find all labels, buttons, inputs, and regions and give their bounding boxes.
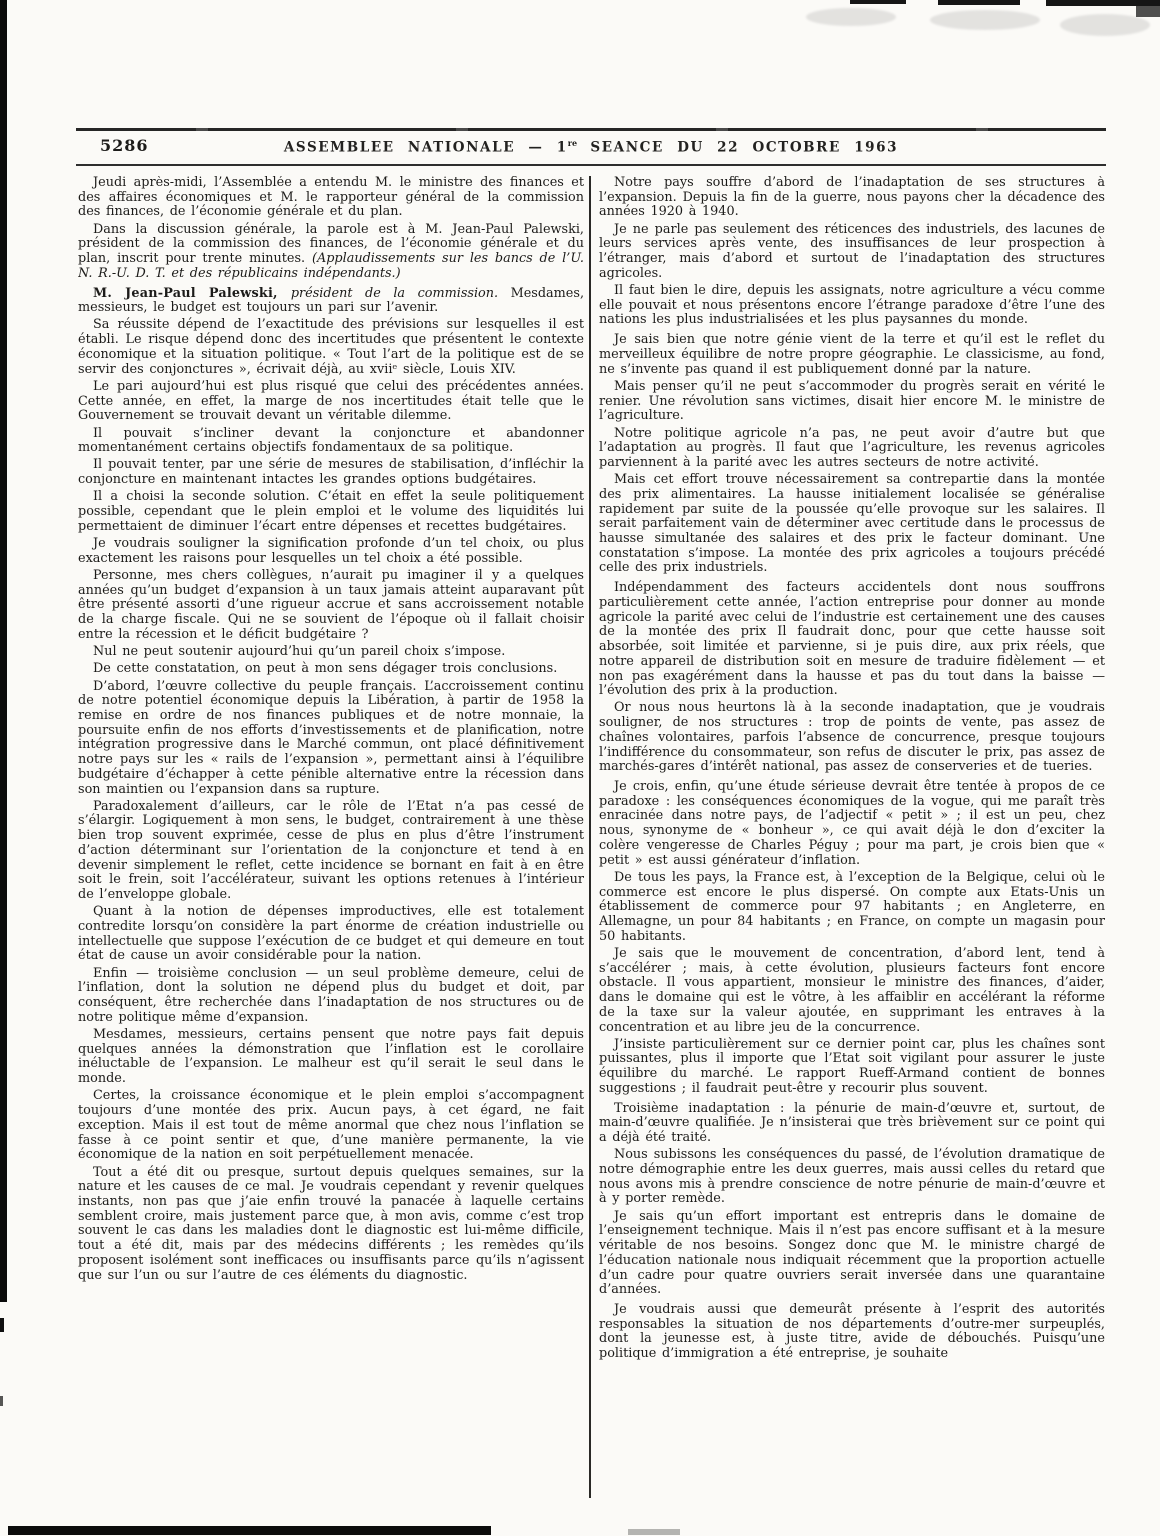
paragraph-text: Je crois, enfin, qu’une étude sérieuse d… bbox=[599, 779, 1105, 868]
paragraph: Il pouvait tenter, par une série de mesu… bbox=[78, 458, 584, 487]
paragraph: Le pari aujourd’hui est plus risqué que … bbox=[78, 380, 584, 424]
paragraph: Il faut bien le dire, depuis les assigna… bbox=[599, 284, 1105, 328]
paragraph-text: Nul ne peut soutenir aujourd’hui qu’un p… bbox=[93, 644, 505, 659]
paragraph: Je voudrais aussi que demeurât présente … bbox=[599, 1303, 1105, 1362]
paragraph: Indépendamment des facteurs accidentels … bbox=[599, 581, 1105, 699]
paragraph: Dans la discussion générale, la parole e… bbox=[78, 223, 584, 282]
header-top-rule bbox=[76, 128, 1106, 131]
paragraph: Je crois, enfin, qu’une étude sérieuse d… bbox=[599, 780, 1105, 868]
scan-artifact-left-edge-bar bbox=[0, 0, 7, 1302]
paragraph-text: Il a choisi la seconde solution. C’était… bbox=[78, 489, 584, 533]
scan-artifact-smudge bbox=[1060, 14, 1150, 36]
column-right: Notre pays souffre d’abord de l’inadapta… bbox=[599, 176, 1105, 1496]
paragraph: De cette constatation, on peut à mon sen… bbox=[78, 662, 584, 677]
paragraph-text: Sa réussite dépend de l’exactitude des p… bbox=[78, 317, 584, 376]
page-header: 5286 ASSEMBLEE NATIONALE — 1re SEANCE DU… bbox=[76, 133, 1106, 161]
paragraph-text: Certes, la croissance économique et le p… bbox=[78, 1088, 584, 1162]
paragraph: Je sais qu’un effort important est entre… bbox=[599, 1210, 1105, 1298]
paragraph: Quant à la notion de dépenses improducti… bbox=[78, 905, 584, 964]
paragraph-text: Personne, mes chers collègues, n’aurait … bbox=[78, 568, 584, 642]
paragraph: J’insiste particulièrement sur ce dernie… bbox=[599, 1038, 1105, 1097]
column-divider-rule bbox=[589, 176, 591, 1498]
paragraph: Mais cet effort trouve nécessairement sa… bbox=[599, 473, 1105, 576]
paragraph-text: Mais cet effort trouve nécessairement sa… bbox=[599, 472, 1105, 575]
paragraph: M. Jean-Paul Palewski, président de la c… bbox=[78, 287, 584, 316]
paragraph: Nul ne peut soutenir aujourd’hui qu’un p… bbox=[78, 645, 584, 660]
paragraph: Je sais que le mouvement de concentratio… bbox=[599, 947, 1105, 1035]
paragraph-text: Paradoxalement d’ailleurs, car le rôle d… bbox=[78, 799, 584, 902]
paragraph-text: Quant à la notion de dépenses improducti… bbox=[78, 904, 584, 963]
paragraph-text: De cette constatation, on peut à mon sen… bbox=[93, 661, 557, 676]
paragraph: Je voudrais souligner la signification p… bbox=[78, 537, 584, 566]
page-title: ASSEMBLEE NATIONALE — 1re SEANCE DU 22 O… bbox=[76, 138, 1106, 156]
paragraph: Mais penser qu’il ne peut s’accommoder d… bbox=[599, 380, 1105, 424]
paragraph-text: Jeudi après-midi, l’Assemblée a entendu … bbox=[78, 176, 584, 219]
scan-artifact-left-mark bbox=[0, 1396, 3, 1406]
paragraph-text: J’insiste particulièrement sur ce dernie… bbox=[599, 1037, 1105, 1096]
paragraph-text: Tout a été dit ou presque, surtout depui… bbox=[78, 1165, 584, 1283]
page-body: Jeudi après-midi, l’Assemblée a entendu … bbox=[78, 176, 1106, 1506]
journal-page: { "page": { "number": "5286", "header_ti… bbox=[0, 0, 1160, 1536]
paragraph: Or nous nous heurtons là à la seconde in… bbox=[599, 701, 1105, 775]
paragraph: Sa réussite dépend de l’exactitude des p… bbox=[78, 318, 584, 377]
paragraph-text: Notre pays souffre d’abord de l’inadapta… bbox=[599, 176, 1105, 219]
paragraph-text: Il faut bien le dire, depuis les assigna… bbox=[599, 283, 1105, 327]
scan-artifact-smudge bbox=[806, 8, 896, 26]
paragraph: Troisième inadaptation : la pénurie de m… bbox=[599, 1102, 1105, 1146]
scan-artifact-smudge bbox=[930, 10, 1040, 30]
paragraph: Paradoxalement d’ailleurs, car le rôle d… bbox=[78, 800, 584, 903]
paragraph-text: Notre politique agricole n’a pas, ne peu… bbox=[599, 426, 1105, 470]
header-bottom-rule bbox=[76, 164, 1106, 166]
paragraph-text: Nous subissons les conséquences du passé… bbox=[599, 1147, 1105, 1206]
scan-artifact-bottom-blob bbox=[628, 1529, 680, 1535]
paragraph: Nous subissons les conséquences du passé… bbox=[599, 1148, 1105, 1207]
paragraph: Certes, la croissance économique et le p… bbox=[78, 1089, 584, 1163]
paragraph-text: Indépendamment des facteurs accidentels … bbox=[599, 580, 1105, 698]
paragraph-text: Le pari aujourd’hui est plus risqué que … bbox=[78, 379, 584, 423]
paragraph-text: Il pouvait tenter, par une série de mesu… bbox=[78, 457, 584, 487]
paragraph-text: Je sais que le mouvement de concentratio… bbox=[599, 946, 1105, 1035]
paragraph: Je sais bien que notre génie vient de la… bbox=[599, 333, 1105, 377]
paragraph-text: président de la commission. bbox=[291, 286, 498, 301]
paragraph-text: Je ne parle pas seulement des réticences… bbox=[599, 222, 1105, 281]
scan-artifact-top-dash bbox=[938, 0, 1020, 5]
paragraph-text: Mais penser qu’il ne peut s’accommoder d… bbox=[599, 379, 1105, 423]
paragraph: Notre politique agricole n’a pas, ne peu… bbox=[599, 427, 1105, 471]
paragraph: Jeudi après-midi, l’Assemblée a entendu … bbox=[78, 176, 584, 220]
paragraph-text: Je voudrais aussi que demeurât présente … bbox=[599, 1302, 1105, 1361]
paragraph: Notre pays souffre d’abord de l’inadapta… bbox=[599, 176, 1105, 220]
paragraph: Mesdames, messieurs, certains pensent qu… bbox=[78, 1028, 584, 1087]
paragraph-text: Mesdames, messieurs, certains pensent qu… bbox=[78, 1027, 584, 1086]
scan-artifact-left-mark bbox=[0, 1318, 4, 1332]
column-left: Jeudi après-midi, l’Assemblée a entendu … bbox=[78, 176, 584, 1496]
paragraph: D’abord, l’œuvre collective du peuple fr… bbox=[78, 680, 584, 798]
paragraph: Tout a été dit ou presque, surtout depui… bbox=[78, 1166, 584, 1284]
paragraph-text: Je voudrais souligner la signification p… bbox=[78, 536, 584, 566]
scan-artifact-bottom-bar bbox=[8, 1526, 491, 1535]
paragraph-text: Il pouvait s’incliner devant la conjonct… bbox=[78, 426, 584, 456]
paragraph-text: Je sais bien que notre génie vient de la… bbox=[599, 332, 1105, 376]
scan-artifact-top-corner bbox=[1136, 0, 1160, 17]
page-title-text: SEANCE DU 22 OCTOBRE 1963 bbox=[577, 140, 898, 156]
scan-artifact-top-dash bbox=[850, 0, 906, 4]
speaker-name: M. Jean-Paul Palewski, bbox=[93, 286, 291, 301]
paragraph: Il a choisi la seconde solution. C’était… bbox=[78, 490, 584, 534]
paragraph: Enfin — troisième conclusion — un seul p… bbox=[78, 967, 584, 1026]
paragraph: De tous les pays, la France est, à l’exc… bbox=[599, 871, 1105, 945]
page-title-text: ASSEMBLEE NATIONALE — 1 bbox=[284, 140, 568, 156]
paragraph: Il pouvait s’incliner devant la conjonct… bbox=[78, 427, 584, 456]
paragraph-text: Je sais qu’un effort important est entre… bbox=[599, 1209, 1105, 1298]
paragraph: Personne, mes chers collègues, n’aurait … bbox=[78, 569, 584, 643]
paragraph-text: De tous les pays, la France est, à l’exc… bbox=[599, 870, 1105, 944]
paragraph-text: Enfin — troisième conclusion — un seul p… bbox=[78, 966, 584, 1025]
paragraph-text: Troisième inadaptation : la pénurie de m… bbox=[599, 1101, 1105, 1145]
paragraph-text: D’abord, l’œuvre collective du peuple fr… bbox=[78, 679, 584, 797]
paragraph: Je ne parle pas seulement des réticences… bbox=[599, 223, 1105, 282]
paragraph-text: Or nous nous heurtons là à la seconde in… bbox=[599, 700, 1105, 774]
page-title-ordinal: re bbox=[568, 138, 577, 148]
